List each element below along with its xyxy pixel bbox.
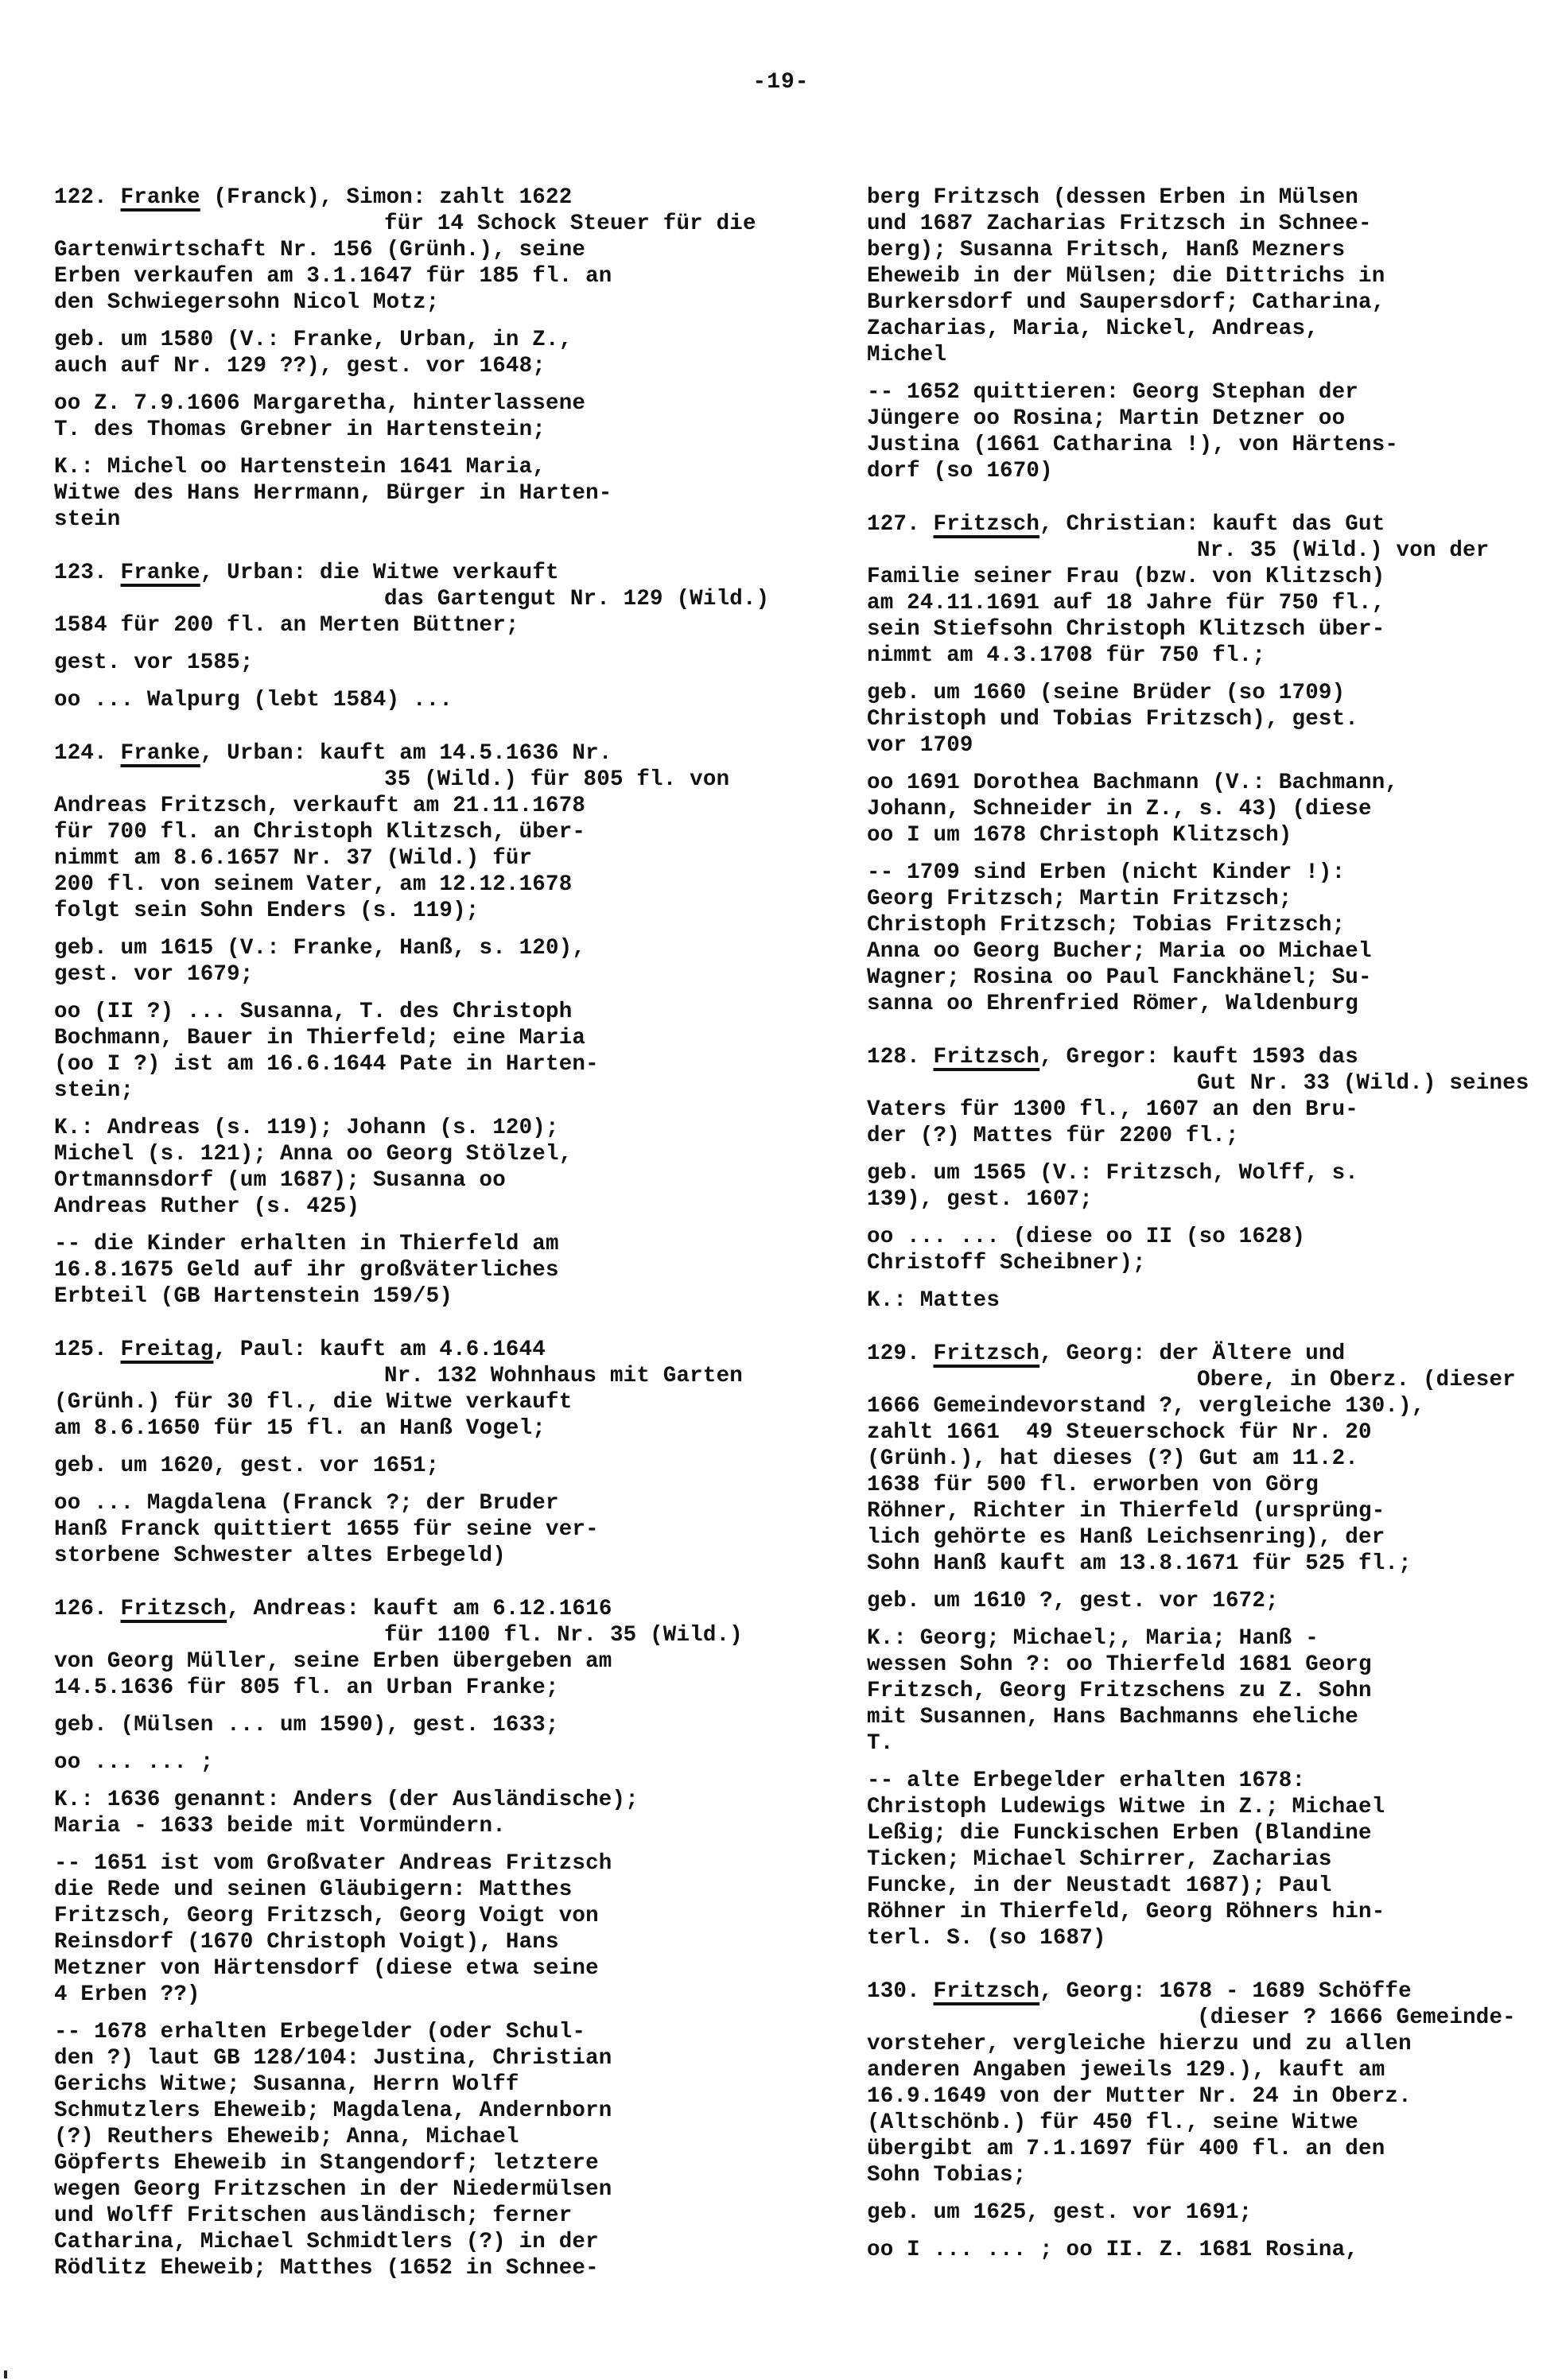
entry-paragraph: gest. vor 1585;	[54, 650, 770, 676]
entry-heading-text: , Andreas: kauft am 6.12.1616	[227, 1597, 612, 1621]
entry-paragraph: geb. um 1660 (seine Brüder (so 1709)Chri…	[867, 680, 1562, 759]
text-line: T.	[867, 1730, 1562, 1757]
entry-heading: 128. Fritzsch, Gregor: kauft 1593 das	[867, 1044, 1562, 1070]
text-line: T. des Thomas Grebner in Hartenstein;	[54, 417, 770, 443]
right-column: berg Fritzsch (dessen Erben in Mülsenund…	[867, 184, 1562, 2290]
text-line: terl. S. (so 1687)	[867, 1925, 1562, 1951]
entry-paragraph: K.: Michel oo Hartenstein 1641 Maria,Wit…	[54, 454, 770, 533]
entry-paragraph: geb. um 1625, gest. vor 1691;	[867, 2199, 1562, 2226]
text-line: geb. um 1565 (V.: Fritzsch, Wolff, s.	[867, 1160, 1562, 1186]
text-line: -- 1652 quittieren: Georg Stephan der	[867, 379, 1562, 406]
text-line: zahlt 1661 49 Steuerschock für Nr. 20	[867, 1419, 1562, 1446]
entry-heading-text: , Urban: die Witwe verkauft	[200, 561, 559, 585]
text-line: Sohn Tobias;	[867, 2162, 1562, 2188]
text-line: Ticken; Michael Schirrer, Zacharias	[867, 1846, 1562, 1873]
entry-heading-text: , Georg: der Ältere und	[1039, 1341, 1345, 1366]
entry-paragraph: berg Fritzsch (dessen Erben in Mülsenund…	[867, 184, 1562, 368]
text-line: Justina (1661 Catharina !), von Härtens-	[867, 432, 1562, 458]
text-line: 139), gest. 1607;	[867, 1186, 1562, 1213]
entry-heading-text: , Urban: kauft am 14.5.1636 Nr.	[200, 741, 612, 766]
text-line: K.: Mattes	[867, 1287, 1562, 1314]
text-line: Göpferts Eheweib in Stangendorf; letzter…	[54, 2150, 770, 2176]
page-number: -19-	[0, 70, 1562, 95]
text-line: Michel	[867, 342, 1562, 368]
genealogy-entry: 127. Fritzsch, Christian: kauft das GutN…	[867, 511, 1562, 1017]
entry-paragraph: geb. um 1580 (V.: Franke, Urban, in Z.,a…	[54, 327, 770, 379]
entry-number: 125.	[54, 1338, 107, 1362]
entry-paragraph: geb. (Mülsen ... um 1590), gest. 1633;	[54, 1712, 770, 1738]
text-line: für 700 fl. an Christoph Klitzsch, über-	[54, 819, 770, 845]
entry-paragraph: K.: Andreas (s. 119); Johann (s. 120);Mi…	[54, 1115, 770, 1220]
text-line: Christoph und Tobias Fritzsch), gest.	[867, 706, 1562, 732]
text-line: geb. um 1615 (V.: Franke, Hanß, s. 120),	[54, 935, 770, 961]
text-line: Röhner, Richter in Thierfeld (ursprüng-	[867, 1498, 1562, 1524]
entry-paragraph: K.: Georg; Michael;, Maria; Hanß -wessen…	[867, 1625, 1562, 1757]
genealogy-entry: 123. Franke, Urban: die Witwe verkauftda…	[54, 560, 770, 713]
text-line: geb. um 1610 ?, gest. vor 1672;	[867, 1588, 1562, 1614]
text-line: oo 1691 Dorothea Bachmann (V.: Bachmann,	[867, 770, 1562, 796]
text-line: Georg Fritzsch; Martin Fritzsch;	[867, 886, 1562, 912]
text-line: -- 1678 erhalten Erbegelder (oder Schul-	[54, 2019, 770, 2045]
entry-number: 123.	[54, 561, 107, 585]
text-line: K.: Georg; Michael;, Maria; Hanß -	[867, 1625, 1562, 1652]
text-line: das Gartengut Nr. 129 (Wild.)	[54, 586, 770, 612]
text-line: 200 fl. von seinem Vater, am 12.12.1678	[54, 872, 770, 898]
text-line: Catharina, Michael Schmidtlers (?) in de…	[54, 2229, 770, 2255]
entry-paragraph: geb. um 1620, gest. vor 1651;	[54, 1453, 770, 1479]
text-line: K.: 1636 genannt: Anders (der Ausländisc…	[54, 1787, 770, 1813]
text-line: stein	[54, 507, 770, 533]
text-line: berg Fritzsch (dessen Erben in Mülsen	[867, 184, 1562, 211]
entry-heading: 122. Franke (Franck), Simon: zahlt 1622	[54, 184, 770, 211]
text-line: Wagner; Rosina oo Paul Fanckhänel; Su-	[867, 965, 1562, 991]
entry-number: 128.	[867, 1045, 920, 1070]
entry-surname: Fritzsch	[934, 1979, 1040, 2004]
text-line: geb. (Mülsen ... um 1590), gest. 1633;	[54, 1712, 770, 1738]
text-line: von Georg Müller, seine Erben übergeben …	[54, 1648, 770, 1675]
text-line: Erbteil (GB Hartenstein 159/5)	[54, 1283, 770, 1310]
text-line: wessen Sohn ?: oo Thierfeld 1681 Georg	[867, 1652, 1562, 1678]
entry-heading: 130. Fritzsch, Georg: 1678 - 1689 Schöff…	[867, 1978, 1562, 2005]
text-line: wegen Georg Fritzschen in der Niedermüls…	[54, 2176, 770, 2203]
entry-heading: 129. Fritzsch, Georg: der Ältere und	[867, 1341, 1562, 1367]
genealogy-entry: 129. Fritzsch, Georg: der Ältere undOber…	[867, 1341, 1562, 1951]
text-line: Leßig; die Funckischen Erben (Blandine	[867, 1820, 1562, 1846]
text-line: am 8.6.1650 für 15 fl. an Hanß Vogel;	[54, 1415, 770, 1442]
text-line: 4 Erben ??)	[54, 1982, 770, 2008]
entry-paragraph: geb. um 1610 ?, gest. vor 1672;	[867, 1588, 1562, 1614]
text-line: geb. um 1660 (seine Brüder (so 1709)	[867, 680, 1562, 706]
entry-heading-text: , Georg: 1678 - 1689 Schöffe	[1039, 1979, 1412, 2004]
entry-paragraph: geb. um 1615 (V.: Franke, Hanß, s. 120),…	[54, 935, 770, 988]
text-line: am 24.11.1691 auf 18 Jahre für 750 fl.,	[867, 590, 1562, 616]
entry-heading: 124. Franke, Urban: kauft am 14.5.1636 N…	[54, 740, 770, 767]
entry-paragraph: oo I ... ... ; oo II. Z. 1681 Rosina,	[867, 2237, 1562, 2263]
entry-paragraph: 124. Franke, Urban: kauft am 14.5.1636 N…	[54, 740, 770, 924]
entry-surname: Fritzsch	[121, 1597, 227, 1621]
text-line: Ortmannsdorf (um 1687); Susanna oo	[54, 1167, 770, 1194]
genealogy-entry: 125. Freitag, Paul: kauft am 4.6.1644Nr.…	[54, 1337, 770, 1569]
text-line: Eheweib in der Mülsen; die Dittrichs in	[867, 263, 1562, 289]
text-line: für 14 Schock Steuer für die	[54, 211, 770, 237]
entry-paragraph: 129. Fritzsch, Georg: der Ältere undOber…	[867, 1341, 1562, 1577]
text-line: und 1687 Zacharias Fritzsch in Schnee-	[867, 211, 1562, 237]
text-line: (dieser ? 1666 Gemeinde-	[867, 2005, 1562, 2031]
text-line: Gartenwirtschaft Nr. 156 (Grünh.), seine	[54, 237, 770, 263]
text-line: vorsteher, vergleiche hierzu und zu alle…	[867, 2031, 1562, 2057]
text-line: übergibt am 7.1.1697 für 400 fl. an den	[867, 2136, 1562, 2162]
text-line: Witwe des Hans Herrmann, Bürger in Harte…	[54, 480, 770, 507]
text-line: 1638 für 500 fl. erworben von Görg	[867, 1472, 1562, 1498]
text-line: -- die Kinder erhalten in Thierfeld am	[54, 1231, 770, 1257]
text-line: oo I um 1678 Christoph Klitzsch)	[867, 822, 1562, 848]
entry-paragraph: -- 1651 ist vom Großvater Andreas Fritzs…	[54, 1850, 770, 2008]
text-line: nimmt am 8.6.1657 Nr. 37 (Wild.) für	[54, 845, 770, 872]
text-line: Hanß Franck quittiert 1655 für seine ver…	[54, 1516, 770, 1543]
entry-heading-text: , Gregor: kauft 1593 das	[1039, 1045, 1358, 1070]
entry-number: 130.	[867, 1979, 920, 2004]
entry-paragraph: -- 1652 quittieren: Georg Stephan derJün…	[867, 379, 1562, 484]
text-line: Johann, Schneider in Z., s. 43) (diese	[867, 796, 1562, 822]
text-line: sanna oo Ehrenfried Römer, Waldenburg	[867, 991, 1562, 1017]
text-line: Gut Nr. 33 (Wild.) seines	[867, 1070, 1562, 1097]
text-line: Burkersdorf und Saupersdorf; Catharina,	[867, 289, 1562, 316]
text-line: Christoph Fritzsch; Tobias Fritzsch;	[867, 912, 1562, 938]
text-line: Gerichs Witwe; Susanna, Herrn Wolff	[54, 2071, 770, 2098]
entry-paragraph: oo 1691 Dorothea Bachmann (V.: Bachmann,…	[867, 770, 1562, 848]
text-line: oo Z. 7.9.1606 Margaretha, hinterlassene	[54, 390, 770, 417]
text-line: Rödlitz Eheweib; Matthes (1652 in Schnee…	[54, 2255, 770, 2281]
entry-heading-text: , Christian: kauft das Gut	[1039, 512, 1385, 537]
text-line: 1666 Gemeindevorstand ?, vergleiche 130.…	[867, 1393, 1562, 1419]
scan-artifact	[4, 2370, 7, 2378]
entry-number: 122.	[54, 185, 107, 210]
text-line: gest. vor 1585;	[54, 650, 770, 676]
genealogy-entry: 124. Franke, Urban: kauft am 14.5.1636 N…	[54, 740, 770, 1310]
text-line: Sohn Hanß kauft am 13.8.1671 für 525 fl.…	[867, 1551, 1562, 1577]
text-line: K.: Andreas (s. 119); Johann (s. 120);	[54, 1115, 770, 1141]
text-line: Michel (s. 121); Anna oo Georg Stölzel,	[54, 1141, 770, 1167]
entry-surname: Franke	[121, 185, 200, 210]
entry-heading: 126. Fritzsch, Andreas: kauft am 6.12.16…	[54, 1596, 770, 1622]
text-line: berg); Susanna Fritsch, Hanß Mezners	[867, 237, 1562, 263]
text-line: Reinsdorf (1670 Christoph Voigt), Hans	[54, 1929, 770, 1955]
text-line: 16.9.1649 von der Mutter Nr. 24 in Oberz…	[867, 2083, 1562, 2110]
entry-paragraph: 130. Fritzsch, Georg: 1678 - 1689 Schöff…	[867, 1978, 1562, 2188]
text-line: geb. um 1580 (V.: Franke, Urban, in Z.,	[54, 327, 770, 353]
text-line: -- alte Erbegelder erhalten 1678:	[867, 1768, 1562, 1794]
text-line: (Grünh.), hat dieses (?) Gut am 11.2.	[867, 1446, 1562, 1472]
text-line: anderen Angaben jeweils 129.), kauft am	[867, 2057, 1562, 2083]
text-line: oo ... ... ;	[54, 1749, 770, 1776]
text-line: stein;	[54, 1077, 770, 1104]
genealogy-entry: 122. Franke (Franck), Simon: zahlt 1622f…	[54, 184, 770, 533]
entry-paragraph: 122. Franke (Franck), Simon: zahlt 1622f…	[54, 184, 770, 316]
text-line: K.: Michel oo Hartenstein 1641 Maria,	[54, 454, 770, 480]
entry-paragraph: -- 1709 sind Erben (nicht Kinder !):Geor…	[867, 860, 1562, 1017]
entry-paragraph: geb. um 1565 (V.: Fritzsch, Wolff, s.139…	[867, 1160, 1562, 1213]
text-line: storbene Schwester altes Erbegeld)	[54, 1543, 770, 1569]
text-line: Erben verkaufen am 3.1.1647 für 185 fl. …	[54, 263, 770, 289]
text-line: Vaters für 1300 fl., 1607 an den Bru-	[867, 1097, 1562, 1123]
text-line: -- 1709 sind Erben (nicht Kinder !):	[867, 860, 1562, 886]
text-line: sein Stiefsohn Christoph Klitzsch über-	[867, 616, 1562, 643]
entry-surname: Fritzsch	[934, 1341, 1040, 1366]
text-line: 16.8.1675 Geld auf ihr großväterliches	[54, 1257, 770, 1283]
genealogy-entry: 126. Fritzsch, Andreas: kauft am 6.12.16…	[54, 1596, 770, 2281]
text-line: dorf (so 1670)	[867, 458, 1562, 484]
text-line: Christoff Scheibner);	[867, 1250, 1562, 1276]
text-line: der (?) Mattes für 2200 fl.;	[867, 1123, 1562, 1149]
text-line: Fritzsch, Georg Fritzschens zu Z. Sohn	[867, 1678, 1562, 1704]
genealogy-entry: 130. Fritzsch, Georg: 1678 - 1689 Schöff…	[867, 1978, 1562, 2263]
entry-number: 129.	[867, 1341, 920, 1366]
entry-heading: 127. Fritzsch, Christian: kauft das Gut	[867, 511, 1562, 538]
entry-heading: 125. Freitag, Paul: kauft am 4.6.1644	[54, 1337, 770, 1363]
entry-heading-text: , Paul: kauft am 4.6.1644	[213, 1338, 546, 1362]
entry-paragraph: oo ... Walpurg (lebt 1584) ...	[54, 687, 770, 713]
text-line: (Grünh.) für 30 fl., die Witwe verkauft	[54, 1389, 770, 1415]
text-line: oo ... Magdalena (Franck ?; der Bruder	[54, 1490, 770, 1516]
entry-paragraph: 123. Franke, Urban: die Witwe verkauftda…	[54, 560, 770, 639]
genealogy-entry: berg Fritzsch (dessen Erben in Mülsenund…	[867, 184, 1562, 484]
text-line: oo I ... ... ; oo II. Z. 1681 Rosina,	[867, 2237, 1562, 2263]
entry-surname: Fritzsch	[934, 1045, 1040, 1070]
entry-paragraph: oo (II ?) ... Susanna, T. des ChristophB…	[54, 999, 770, 1104]
entry-paragraph: oo ... Magdalena (Franck ?; der BruderHa…	[54, 1490, 770, 1569]
text-line: geb. um 1620, gest. vor 1651;	[54, 1453, 770, 1479]
text-line: Familie seiner Frau (bzw. von Klitzsch)	[867, 564, 1562, 590]
entry-paragraph: 127. Fritzsch, Christian: kauft das GutN…	[867, 511, 1562, 669]
entry-paragraph: -- die Kinder erhalten in Thierfeld am16…	[54, 1231, 770, 1310]
text-line: 35 (Wild.) für 805 fl. von	[54, 767, 770, 793]
entry-paragraph: 126. Fritzsch, Andreas: kauft am 6.12.16…	[54, 1596, 770, 1701]
text-line: Röhner in Thierfeld, Georg Röhners hin-	[867, 1899, 1562, 1925]
entry-paragraph: 128. Fritzsch, Gregor: kauft 1593 dasGut…	[867, 1044, 1562, 1149]
text-line: vor 1709	[867, 732, 1562, 759]
text-line: Andreas Fritzsch, verkauft am 21.11.1678	[54, 793, 770, 819]
text-line: Jüngere oo Rosina; Martin Detzner oo	[867, 406, 1562, 432]
entry-paragraph: -- alte Erbegelder erhalten 1678:Christo…	[867, 1768, 1562, 1951]
text-line: Schmutzlers Eheweib; Magdalena, Andernbo…	[54, 2098, 770, 2124]
entry-paragraph: oo ... ... (diese oo II (so 1628)Christo…	[867, 1224, 1562, 1276]
text-line: Fritzsch, Georg Fritzsch, Georg Voigt vo…	[54, 1903, 770, 1929]
entry-surname: Franke	[121, 561, 200, 585]
entry-paragraph: 125. Freitag, Paul: kauft am 4.6.1644Nr.…	[54, 1337, 770, 1442]
text-line: Metzner von Härtensdorf (diese etwa sein…	[54, 1955, 770, 1982]
text-line: 1584 für 200 fl. an Merten Büttner;	[54, 612, 770, 639]
left-column: 122. Franke (Franck), Simon: zahlt 1622f…	[54, 184, 770, 2308]
text-line: geb. um 1625, gest. vor 1691;	[867, 2199, 1562, 2226]
text-line: Nr. 35 (Wild.) von der	[867, 538, 1562, 564]
entry-heading: 123. Franke, Urban: die Witwe verkauft	[54, 560, 770, 586]
text-line: Anna oo Georg Bucher; Maria oo Michael	[867, 938, 1562, 965]
text-line: und Wolff Fritschen ausländisch; ferner	[54, 2203, 770, 2229]
text-line: oo ... Walpurg (lebt 1584) ...	[54, 687, 770, 713]
entry-paragraph: K.: 1636 genannt: Anders (der Ausländisc…	[54, 1787, 770, 1839]
entry-paragraph: oo ... ... ;	[54, 1749, 770, 1776]
text-line: Christoph Ludewigs Witwe in Z.; Michael	[867, 1794, 1562, 1820]
text-line: 14.5.1636 für 805 fl. an Urban Franke;	[54, 1675, 770, 1701]
entry-surname: Fritzsch	[934, 512, 1040, 537]
text-line: die Rede und seinen Gläubigern: Matthes	[54, 1877, 770, 1903]
text-line: mit Susannen, Hans Bachmanns eheliche	[867, 1704, 1562, 1730]
entry-number: 126.	[54, 1597, 107, 1621]
text-line: nimmt am 4.3.1708 für 750 fl.;	[867, 643, 1562, 669]
entry-heading-text: (Franck), Simon: zahlt 1622	[200, 185, 573, 210]
genealogy-entry: 128. Fritzsch, Gregor: kauft 1593 dasGut…	[867, 1044, 1562, 1314]
entry-surname: Franke	[121, 741, 200, 766]
text-line: oo (II ?) ... Susanna, T. des Christoph	[54, 999, 770, 1025]
text-line: oo ... ... (diese oo II (so 1628)	[867, 1224, 1562, 1250]
entry-number: 124.	[54, 741, 107, 766]
text-line: auch auf Nr. 129 ??), gest. vor 1648;	[54, 353, 770, 379]
text-line: gest. vor 1679;	[54, 961, 770, 988]
text-line: (?) Reuthers Eheweib; Anna, Michael	[54, 2124, 770, 2150]
entry-paragraph: oo Z. 7.9.1606 Margaretha, hinterlassene…	[54, 390, 770, 443]
text-line: (Altschönb.) für 450 fl., seine Witwe	[867, 2110, 1562, 2136]
text-line: den Schwiegersohn Nicol Motz;	[54, 289, 770, 316]
text-line: folgt sein Sohn Enders (s. 119);	[54, 898, 770, 924]
text-line: Nr. 132 Wohnhaus mit Garten	[54, 1363, 770, 1389]
text-line: (oo I ?) ist am 16.6.1644 Pate in Harten…	[54, 1051, 770, 1077]
entry-number: 127.	[867, 512, 920, 537]
text-line: Obere, in Oberz. (dieser	[867, 1367, 1562, 1393]
text-line: lich gehörte es Hanß Leichsenring), der	[867, 1524, 1562, 1551]
text-line: Maria - 1633 beide mit Vormündern.	[54, 1813, 770, 1839]
entry-paragraph: K.: Mattes	[867, 1287, 1562, 1314]
text-line: den ?) laut GB 128/104: Justina, Christi…	[54, 2045, 770, 2071]
entry-surname: Freitag	[121, 1338, 214, 1362]
entry-paragraph: -- 1678 erhalten Erbegelder (oder Schul-…	[54, 2019, 770, 2281]
text-line: Andreas Ruther (s. 425)	[54, 1194, 770, 1220]
text-line: Bochmann, Bauer in Thierfeld; eine Maria	[54, 1025, 770, 1051]
text-line: -- 1651 ist vom Großvater Andreas Fritzs…	[54, 1850, 770, 1877]
text-line: Funcke, in der Neustadt 1687); Paul	[867, 1873, 1562, 1899]
text-line: für 1100 fl. Nr. 35 (Wild.)	[54, 1622, 770, 1648]
text-line: Zacharias, Maria, Nickel, Andreas,	[867, 316, 1562, 342]
